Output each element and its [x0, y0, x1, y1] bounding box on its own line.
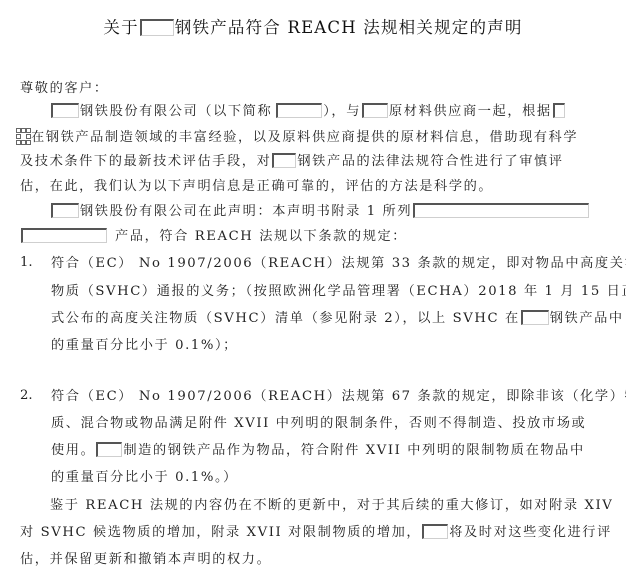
item-2-line4: 的重量百分比小于 0.1%。）	[51, 469, 238, 487]
item-1-line4: 的重量百分比小于 0.1%）；	[51, 337, 238, 355]
item-2-number: 2.	[20, 388, 33, 403]
item-1-line2: 物质（SVHC）通报的义务；（按照欧洲化学品管理署（ECHA）2018 年 1 …	[51, 283, 626, 301]
product-company-blank[interactable]	[272, 153, 296, 168]
experience-company-blank[interactable]	[553, 103, 565, 118]
para1-line3: 及技术条件下的最新技术评估手段，对钢铁产品的法律法规符合性进行了审慎评	[20, 153, 564, 171]
para1-line4: 估，在此，我们认为以下声明信息是正确可靠的，评估的方法是科学的。	[20, 178, 493, 196]
item-1-line3: 式公布的高度关注物质（SVHC）清单（参见附录 2），以上 SVHC 在钢铁产品…	[51, 310, 624, 328]
svhc-company-blank[interactable]	[521, 310, 549, 325]
para2-line1: 钢铁股份有限公司在此声明：本声明书附录 1 所列	[50, 203, 590, 221]
para1-line1: 钢铁股份有限公司（以下简称），与原材料供应商一起，根据	[50, 103, 566, 121]
para1-line2: 在钢铁产品制造领域的丰富经验，以及原料供应商提供的原材料信息，借助现有科学	[16, 128, 578, 147]
manufacturer-blank[interactable]	[96, 442, 122, 457]
item-1-line1: 符合（EC） No 1907/2006（REACH）法规第 33 条款的规定，即…	[51, 255, 626, 273]
document-title: 关于钢铁产品符合 REACH 法规相关规定的声明	[0, 14, 626, 38]
closing-line3: 估，并保留更新和撤销本声明的权力。	[20, 551, 271, 569]
salutation: 尊敬的客户：	[20, 80, 109, 98]
product-name-blank[interactable]	[21, 228, 107, 243]
missing-glyph-icon	[16, 128, 30, 144]
closing-line2: 对 SVHC 候选物质的增加，附录 XVII 对限制物质的增加，将及时对这些变化…	[20, 524, 612, 542]
item-2-line3: 使用。制造的钢铁产品作为物品，符合附件 XVII 中列明的限制物质在物品中	[51, 442, 585, 460]
item-2-line2: 质、混合物或物品满足附件 XVII 中列明的限制条件，否则不得制造、投放市场或	[51, 415, 586, 433]
appendix-product-blank[interactable]	[413, 203, 589, 218]
title-company-blank[interactable]	[140, 19, 174, 36]
supplier-blank[interactable]	[362, 103, 388, 118]
update-company-blank[interactable]	[422, 524, 448, 539]
short-name-blank[interactable]	[276, 103, 322, 118]
item-1-number: 1.	[20, 255, 33, 270]
declaring-company-blank[interactable]	[51, 203, 79, 218]
closing-line1: 鉴于 REACH 法规的内容仍在不断的更新中，对于其后续的重大修订，如对附录 X…	[50, 497, 613, 515]
item-2-line1: 符合（EC） No 1907/2006（REACH）法规第 67 条款的规定，即…	[51, 388, 626, 406]
company-name-blank[interactable]	[51, 103, 79, 118]
para2-line2: 产品，符合 REACH 法规以下条款的规定：	[20, 228, 407, 246]
